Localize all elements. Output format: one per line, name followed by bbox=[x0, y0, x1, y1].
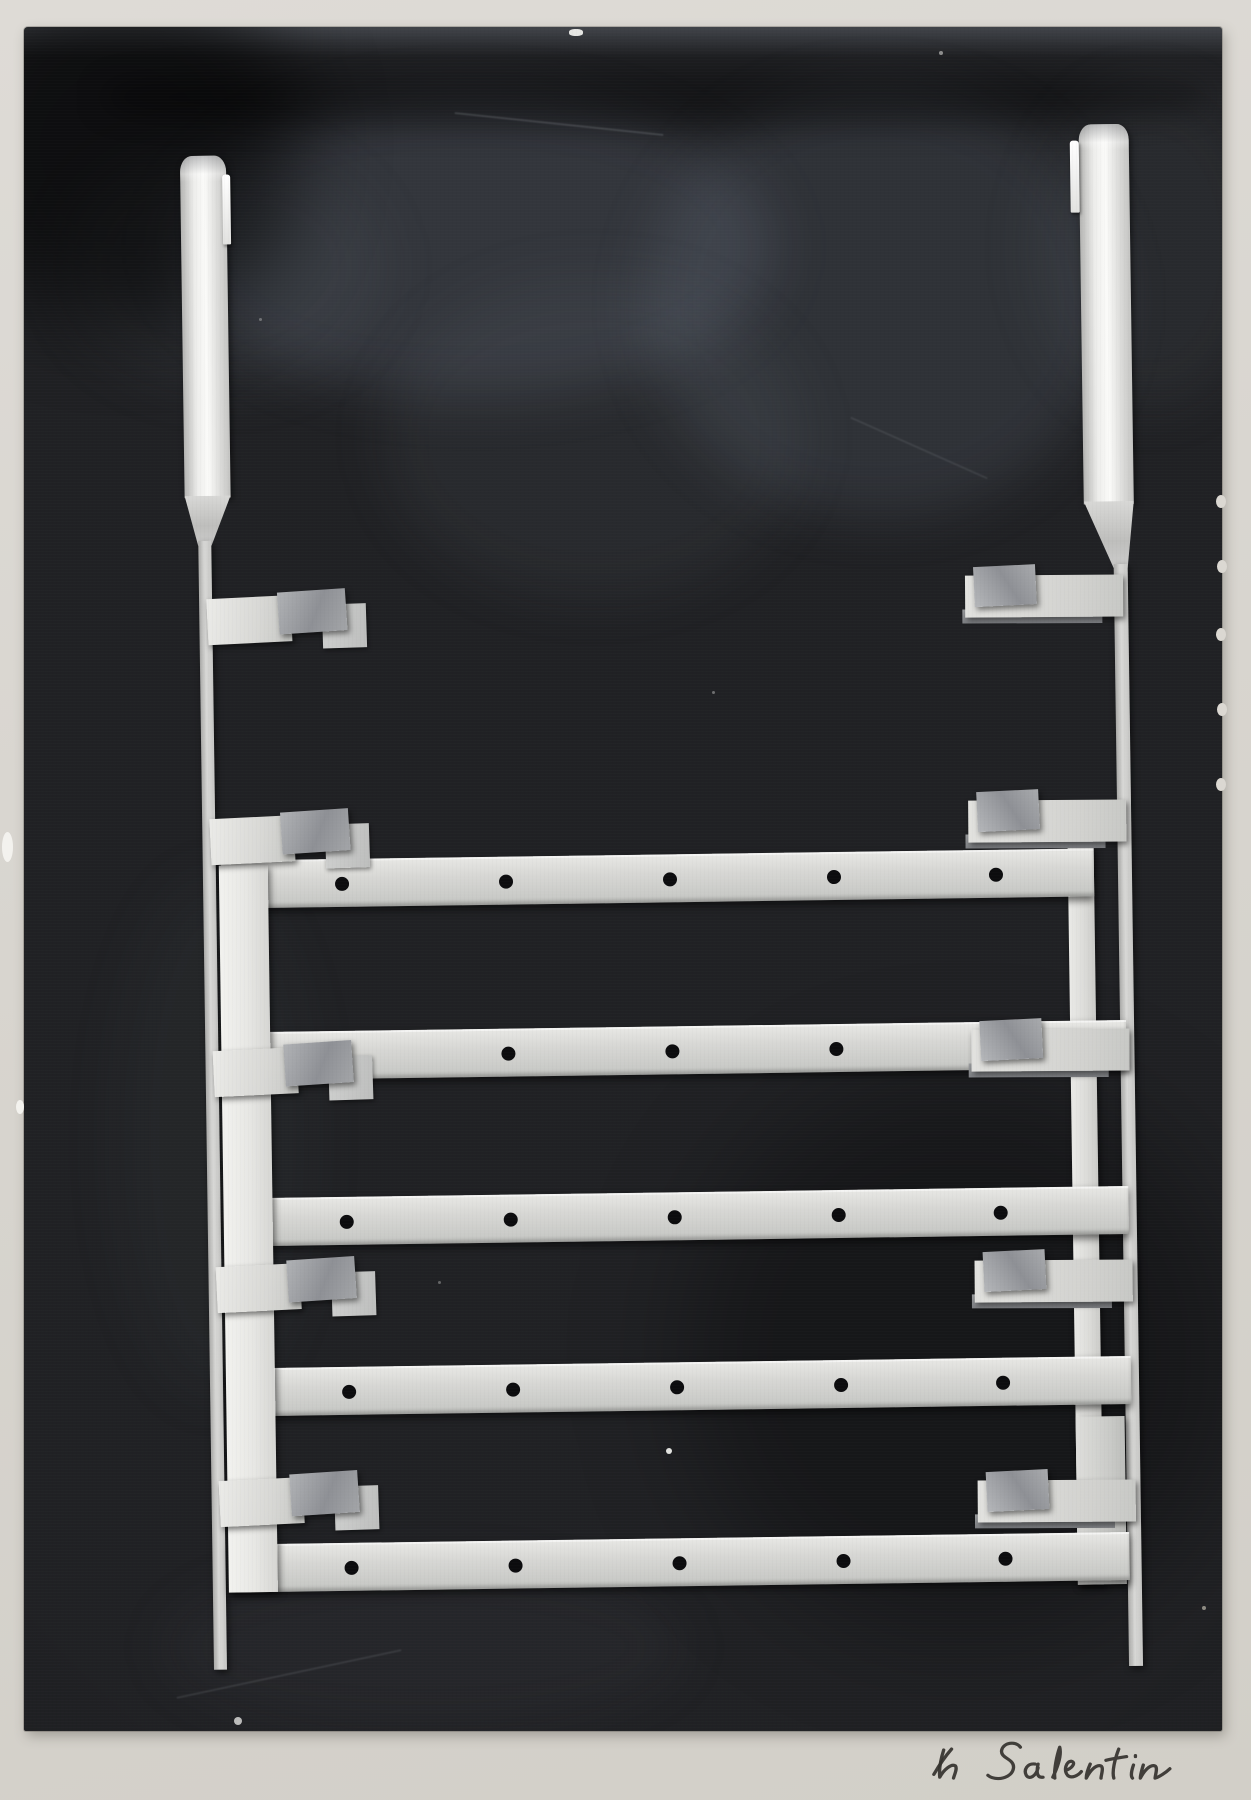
ladder-rung bbox=[225, 1186, 1129, 1247]
rivet-hole bbox=[665, 1044, 679, 1058]
dust-speck bbox=[939, 51, 943, 55]
dust-speck bbox=[666, 1448, 672, 1454]
mat-fleck bbox=[16, 1100, 24, 1114]
rivet-hole bbox=[506, 1382, 520, 1396]
bracket-fold bbox=[286, 1256, 357, 1302]
deckle-edge-notch bbox=[1217, 703, 1227, 716]
signature-handwriting bbox=[925, 1735, 1220, 1795]
ladder-rung bbox=[230, 1532, 1130, 1593]
dust-speck bbox=[712, 691, 715, 694]
clamp-bracket-right bbox=[960, 564, 1131, 630]
rivet-hole bbox=[998, 1552, 1012, 1566]
rivet-hole bbox=[344, 1561, 358, 1575]
deckle-edge-notch bbox=[1216, 778, 1226, 791]
ladder-rung bbox=[228, 1356, 1132, 1417]
rivet-hole bbox=[501, 1047, 515, 1061]
rivet-hole bbox=[996, 1376, 1010, 1390]
clamp-bracket-right bbox=[966, 1018, 1137, 1084]
photograph bbox=[24, 27, 1222, 1731]
rivet-hole bbox=[508, 1558, 522, 1572]
artist-signature bbox=[925, 1735, 1220, 1795]
rivet-hole bbox=[504, 1213, 518, 1227]
ladder-rungs bbox=[24, 27, 1210, 35]
deckle-edge-notch bbox=[1217, 560, 1227, 573]
rivet-hole bbox=[827, 870, 841, 884]
left-strap-bend bbox=[185, 495, 232, 546]
rivet-hole bbox=[829, 1042, 843, 1056]
deckle-edge-notch bbox=[1216, 628, 1226, 641]
right-strap-bend bbox=[1084, 501, 1135, 569]
bracket-fold bbox=[283, 1040, 354, 1086]
bracket-fold bbox=[976, 789, 1040, 832]
bracket-fold bbox=[277, 588, 348, 634]
clamp-bracket-right bbox=[969, 1249, 1140, 1315]
rivet-hole bbox=[335, 877, 349, 891]
clamp-bracket-left bbox=[207, 589, 378, 653]
left-strap-edge-tab bbox=[222, 174, 231, 244]
edge-nick bbox=[569, 29, 583, 36]
clamp-bracket-right bbox=[963, 789, 1134, 855]
rivet-hole bbox=[670, 1380, 684, 1394]
bracket-fold bbox=[973, 564, 1037, 607]
rivet-hole bbox=[672, 1556, 686, 1570]
bracket-fold bbox=[979, 1018, 1043, 1061]
rivet-hole bbox=[834, 1378, 848, 1392]
clamp-bracket-left bbox=[213, 1041, 384, 1105]
right-hanger-strap bbox=[1079, 124, 1134, 505]
dust-speck bbox=[438, 1281, 441, 1284]
sculpture bbox=[24, 27, 1222, 1731]
bracket-fold bbox=[289, 1470, 360, 1516]
mat-speck bbox=[1202, 1606, 1206, 1610]
clamp-bracket-left bbox=[210, 809, 381, 873]
mat-fleck bbox=[2, 832, 13, 862]
rivet-hole bbox=[668, 1210, 682, 1224]
clamp-bracket-left bbox=[216, 1257, 387, 1321]
dust-speck bbox=[259, 318, 262, 321]
deckle-edge-notch bbox=[1216, 495, 1226, 508]
bracket-fold bbox=[986, 1469, 1050, 1512]
matted-photograph bbox=[0, 0, 1251, 1800]
clamp-bracket-left bbox=[219, 1471, 390, 1535]
rivet-hole bbox=[994, 1206, 1008, 1220]
bracket-fold bbox=[280, 808, 351, 854]
edge-nick bbox=[234, 1717, 242, 1725]
bracket-fold bbox=[983, 1249, 1047, 1292]
right-strap-edge-tab bbox=[1070, 141, 1080, 213]
rivet-hole bbox=[832, 1208, 846, 1222]
rivet-hole bbox=[342, 1385, 356, 1399]
clamp-bracket-right bbox=[972, 1469, 1143, 1535]
rivet-hole bbox=[499, 875, 513, 889]
rivet-hole bbox=[989, 868, 1003, 882]
rivet-hole bbox=[340, 1215, 354, 1229]
rivet-hole bbox=[663, 872, 677, 886]
rivet-hole bbox=[836, 1554, 850, 1568]
